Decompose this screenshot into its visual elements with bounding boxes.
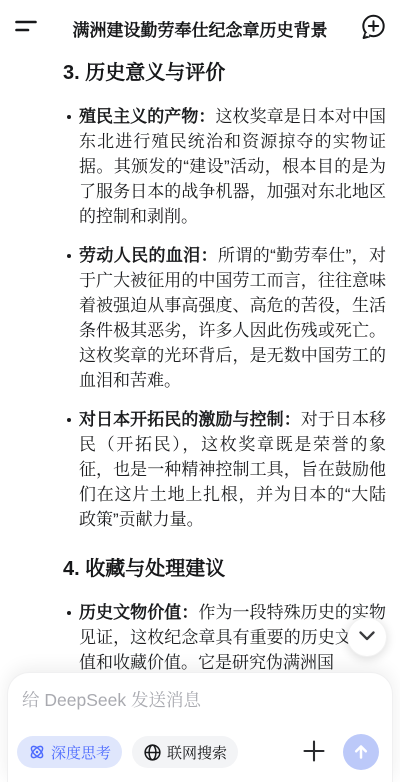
arrow-up-icon xyxy=(352,743,370,761)
new-chat-bubble-plus-icon xyxy=(358,12,388,45)
bullet-text: 所谓的“勤劳奉仕”，对于广大被征用的中国劳工而言，往往意味着被强迫从事高强度、高… xyxy=(79,246,386,390)
bullet-label: 历史文物价值： xyxy=(79,603,198,622)
message-input[interactable] xyxy=(22,690,372,711)
sidebar-menu-button[interactable] xyxy=(10,14,42,42)
sidebar-menu-icon xyxy=(15,20,37,37)
new-chat-button[interactable] xyxy=(356,12,390,44)
list-item: 劳动人民的血泪：所谓的“勤劳奉仕”，对于广大被征用的中国劳工而言，往往意味着被强… xyxy=(63,243,386,393)
section-heading-4: 4. 收藏与处理建议 xyxy=(63,556,386,582)
composer-toolbar: 深度思考 联网搜索 xyxy=(8,734,392,782)
web-search-toggle[interactable]: 联网搜索 xyxy=(132,736,238,768)
chevron-down-icon xyxy=(358,630,376,645)
bullet-label: 劳动人民的血泪： xyxy=(79,246,218,265)
bullet-label: 对日本开拓民的激励与控制： xyxy=(79,410,301,429)
section-3-bullet-list: 殖民主义的产物：这枚奖章是日本对中国东北进行殖民统治和资源掠夺的实物证据。其颁发… xyxy=(63,104,386,532)
list-item: 历史文物价值：作为一段特殊历史的实物见证，这枚纪念章具有重要的历史文物价值和收藏… xyxy=(63,600,386,675)
deep-think-toggle[interactable]: 深度思考 xyxy=(17,736,122,768)
section-4-bullet-list: 历史文物价值：作为一段特殊历史的实物见证，这枚纪念章具有重要的历史文物价值和收藏… xyxy=(63,600,386,675)
composer-card: 深度思考 联网搜索 xyxy=(7,672,393,782)
header: 满洲建设勤劳奉仕纪念章历史背景 xyxy=(0,0,400,56)
attach-button[interactable] xyxy=(298,736,330,768)
web-search-label: 联网搜索 xyxy=(167,742,227,763)
chat-title: 满洲建设勤劳奉仕纪念章历史背景 xyxy=(50,0,350,56)
list-item: 殖民主义的产物：这枚奖章是日本对中国东北进行殖民统治和资源掠夺的实物证据。其颁发… xyxy=(63,104,386,229)
deepseek-chat-screen: 满洲建设勤劳奉仕纪念章历史背景 3. 历史意义与评价 殖民主义的产物：这枚奖章是… xyxy=(0,0,400,782)
scroll-to-bottom-button[interactable] xyxy=(347,617,387,657)
deep-think-label: 深度思考 xyxy=(51,742,111,763)
globe-icon xyxy=(143,743,162,762)
plus-icon xyxy=(301,738,327,767)
atom-icon xyxy=(28,743,46,761)
send-button[interactable] xyxy=(343,734,379,770)
list-item: 对日本开拓民的激励与控制：对于日本移民（开拓民），这枚奖章既是荣誉的象征，也是一… xyxy=(63,407,386,532)
section-heading-3: 3. 历史意义与评价 xyxy=(63,60,386,86)
bullet-label: 殖民主义的产物： xyxy=(79,107,215,126)
